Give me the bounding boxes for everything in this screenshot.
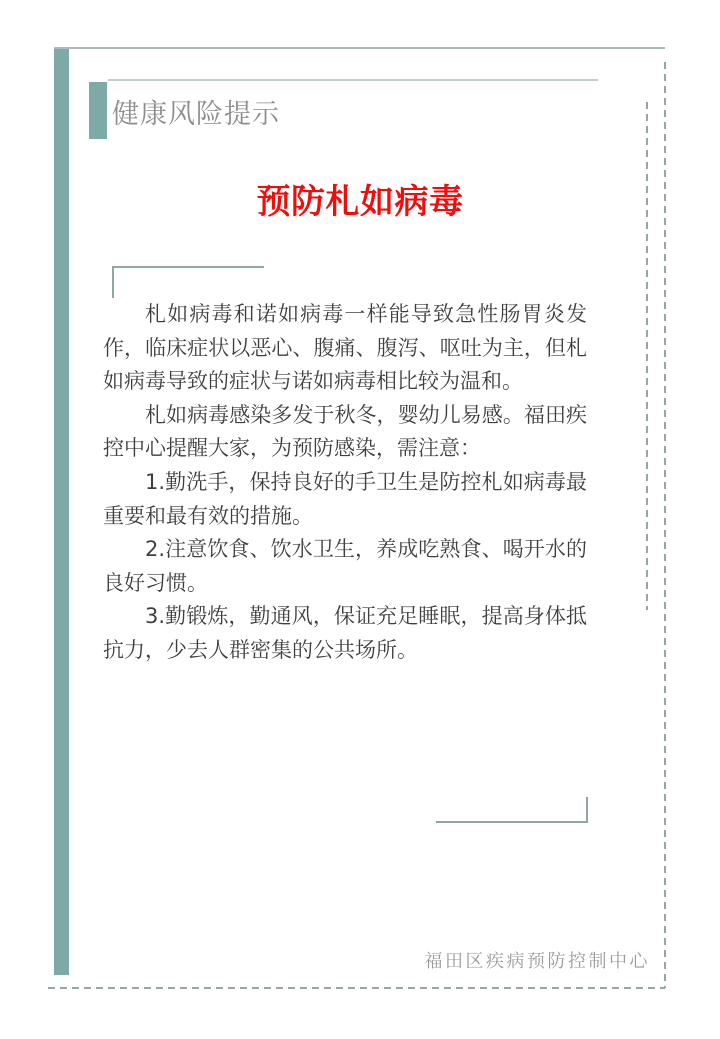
header-rule-line xyxy=(108,79,598,81)
paragraph-tip-2: 2.注意饮食、饮水卫生，养成吃熟食、喝开水的良好习惯。 xyxy=(103,533,587,600)
paragraph-season-warning: 札如病毒感染多发于秋冬，婴幼儿易感。福田疾控中心提醒大家，为预防感染，需注意： xyxy=(103,399,587,466)
paragraph-tip-1: 1.勤洗手，保持良好的手卫生是防控札如病毒最重要和最有效的措施。 xyxy=(103,466,587,533)
corner-bracket-bottom-right xyxy=(436,797,588,823)
footer-organization: 福田区疾病预防控制中心 xyxy=(425,947,651,973)
top-rule-line xyxy=(54,47,665,49)
dashed-line-bottom xyxy=(48,987,665,989)
header-label: 健康风险提示 xyxy=(112,99,280,131)
dashed-line-vertical-inner xyxy=(646,102,648,610)
paragraph-intro: 札如病毒和诺如病毒一样能导致急性肠胃炎发作，临床症状以恶心、腹痛、腹泻、呕吐为主… xyxy=(103,298,587,399)
body-text: 札如病毒和诺如病毒一样能导致急性肠胃炎发作，临床症状以恶心、腹痛、腹泻、呕吐为主… xyxy=(103,298,587,668)
header-accent-square xyxy=(89,82,107,139)
dashed-line-vertical-outer xyxy=(664,62,666,988)
paragraph-tip-3: 3.勤锻炼，勤通风，保证充足睡眠，提高身体抵抗力，少去人群密集的公共场所。 xyxy=(103,600,587,667)
corner-bracket-top-left xyxy=(112,266,264,298)
notice-poster: 健康风险提示 预防札如病毒 札如病毒和诺如病毒一样能导致急性肠胃炎发作，临床症状… xyxy=(0,0,720,1039)
page-title: 预防札如病毒 xyxy=(0,174,720,223)
